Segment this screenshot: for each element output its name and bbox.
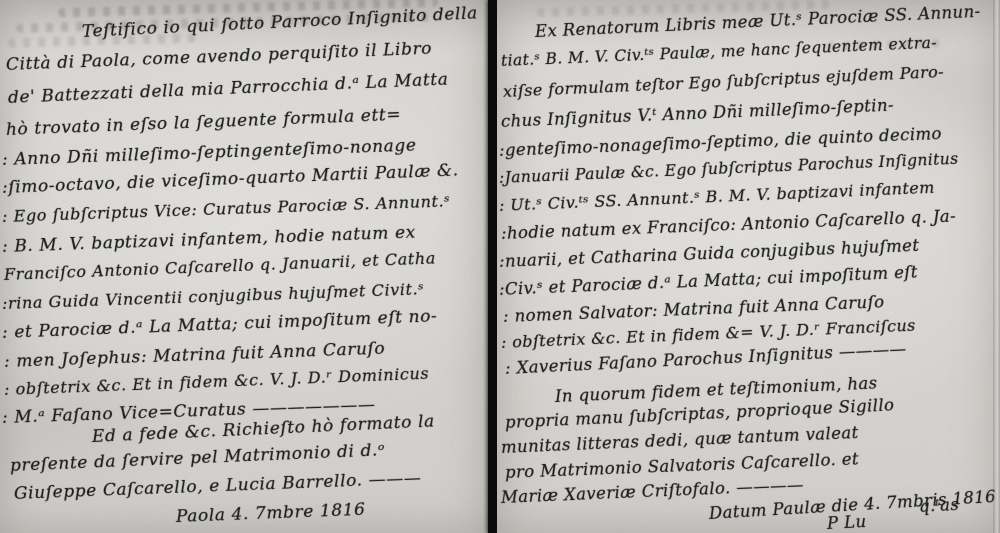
dateline: Paola 4. 7mbre 1816 [176,500,366,527]
manuscript-line: xiſse formulam teſtor Ego ſubſcriptus ej… [503,62,945,101]
adjacent-page-edge [993,0,1000,533]
page-gutter-divider [488,0,497,533]
corner-fragment: P Lu [827,512,867,533]
document-scan: Teſtifico io qui ſotto Parroco Inſignito… [0,0,1000,533]
right-page: Ex Renatorum Libris meæ Ut.ˢ Parociæ SS.… [497,0,1000,533]
manuscript-line: preſente da ſervire pel Matrimonio di d.… [10,440,386,476]
manuscript-line: Giuſeppe Caſcarello, e Lucia Barrello. —… [14,468,422,504]
manuscript-line: : et Parociæ d.ᵃ La Matta; cui impoſitum… [2,306,438,343]
manuscript-line: chus Inſignitus V.ᵗ Anno Dñi milleſimo-ſ… [501,96,895,131]
left-page: Teſtifico io qui ſotto Parroco Inſignito… [0,0,488,533]
corner-fragment-superscript: q.ᵗas [919,495,960,516]
manuscript-line: : Ego ſubſcriptus Vice: Curatus Parociæ … [2,191,451,226]
manuscript-line: hò trovato in eſso la ſeguente formula e… [6,105,402,140]
manuscript-line: de' Battezzati della mia Parrocchia d.ᵃ … [8,70,449,108]
manuscript-line: :rina Guida Vincentii conjugibus hujuſme… [2,279,425,313]
